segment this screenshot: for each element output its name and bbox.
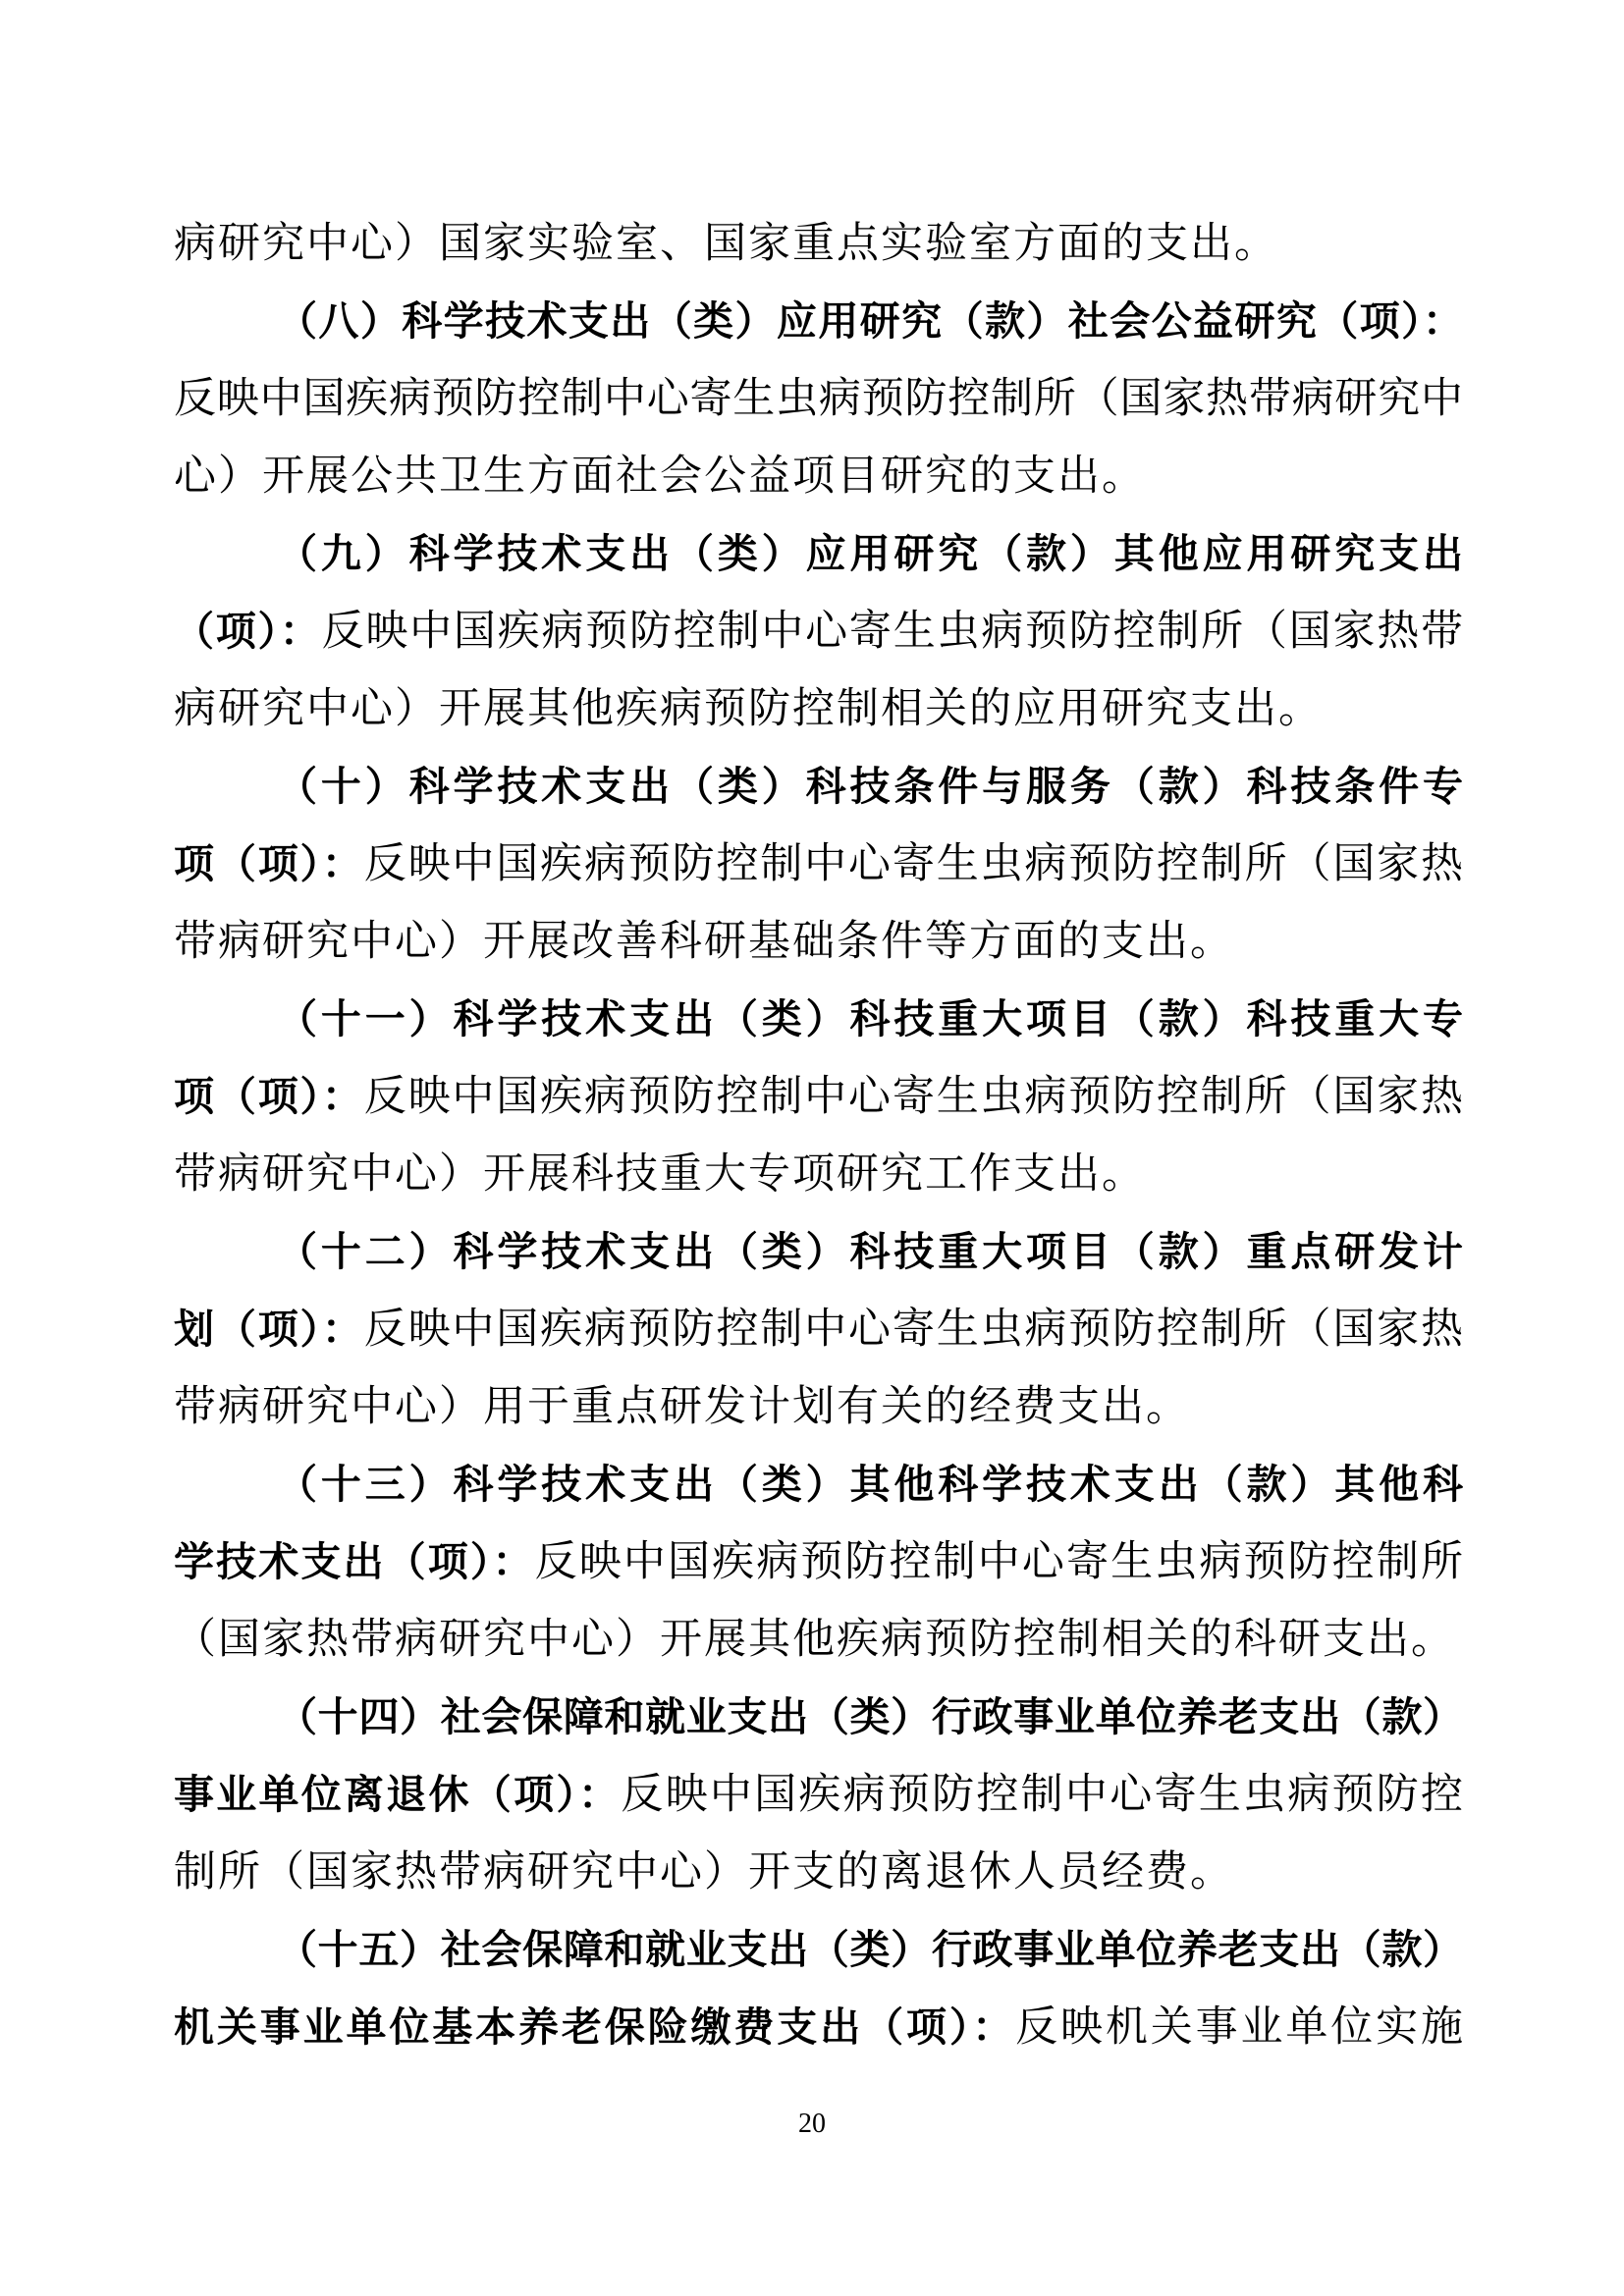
body-segment: 反映中国疾病预防控制中心寄生虫病预防控制所（国家热: [364, 1074, 1463, 1120]
text-line: 反映中国疾病预防控制中心寄生虫病预防控制所（国家热带病研究中: [174, 360, 1463, 438]
text-line: （国家热带病研究中心）开展其他疾病预防控制相关的科研支出。: [174, 1601, 1463, 1679]
heading-segment: （十）科学技术支出（类）科技条件与服务（款）科技条件专: [277, 764, 1463, 809]
text-line: 项（项）：反映中国疾病预防控制中心寄生虫病预防控制所（国家热: [174, 826, 1463, 903]
text-line: （十一）科学技术支出（类）科技重大项目（款）科技重大专: [174, 981, 1463, 1058]
body-segment: 反映机关事业单位实施: [1015, 2004, 1463, 2051]
text-line: （十）科学技术支出（类）科技条件与服务（款）科技条件专: [174, 748, 1463, 826]
body-segment: 病研究中心）国家实验室、国家重点实验室方面的支出。: [174, 221, 1278, 267]
body-segment: 反映中国疾病预防控制中心寄生虫病预防控: [621, 1772, 1463, 1818]
heading-segment: （项）：: [174, 609, 322, 654]
heading-segment: 项（项）：: [174, 841, 364, 886]
text-line: 心）开展公共卫生方面社会公益项目研究的支出。: [174, 438, 1463, 515]
text-line: （项）：反映中国疾病预防控制中心寄生虫病预防控制所（国家热带: [174, 593, 1463, 670]
text-line: 病研究中心）国家实验室、国家重点实验室方面的支出。: [174, 205, 1463, 283]
text-line: 事业单位离退休（项）：反映中国疾病预防控制中心寄生虫病预防控: [174, 1756, 1463, 1834]
body-segment: 反映中国疾病预防控制中心寄生虫病预防控制所（国家热: [364, 1307, 1463, 1353]
text-line: 带病研究中心）开展改善科研基础条件等方面的支出。: [174, 903, 1463, 981]
text-line: 带病研究中心）用于重点研发计划有关的经费支出。: [174, 1368, 1463, 1446]
heading-segment: 机关事业单位基本养老保险缴费支出（项）：: [174, 2004, 1015, 2050]
heading-segment: （九）科学技术支出（类）应用研究（款）其他应用研究支出: [277, 531, 1463, 576]
text-line: （九）科学技术支出（类）应用研究（款）其他应用研究支出: [174, 515, 1463, 593]
body-segment: 带病研究中心）开展科技重大专项研究工作支出。: [174, 1151, 1146, 1198]
body-segment: 心）开展公共卫生方面社会公益项目研究的支出。: [174, 454, 1146, 500]
text-line: （十四）社会保障和就业支出（类）行政事业单位养老支出（款）: [174, 1679, 1463, 1756]
heading-segment: （八）科学技术支出（类）应用研究（款）社会公益研究（项）：: [277, 298, 1463, 344]
body-segment: 制所（国家热带病研究中心）开支的离退休人员经费。: [174, 1849, 1234, 1896]
heading-segment: （十五）社会保障和就业支出（类）行政事业单位养老支出（款）: [277, 1927, 1463, 1972]
document-body: 病研究中心）国家实验室、国家重点实验室方面的支出。 （八）科学技术支出（类）应用…: [174, 205, 1463, 2066]
text-line: 病研究中心）开展其他疾病预防控制相关的应用研究支出。: [174, 670, 1463, 748]
heading-segment: （十二）科学技术支出（类）科技重大项目（款）重点研发计: [277, 1229, 1463, 1274]
text-line: 制所（国家热带病研究中心）开支的离退休人员经费。: [174, 1834, 1463, 1911]
text-line: 带病研究中心）开展科技重大专项研究工作支出。: [174, 1136, 1463, 1213]
text-line: （十五）社会保障和就业支出（类）行政事业单位养老支出（款）: [174, 1911, 1463, 1989]
body-segment: 反映中国疾病预防控制中心寄生虫病预防控制所（国家热: [364, 841, 1463, 887]
text-line: 学技术支出（项）：反映中国疾病预防控制中心寄生虫病预防控制所: [174, 1523, 1463, 1601]
heading-segment: 项（项）：: [174, 1074, 364, 1119]
body-segment: 带病研究中心）用于重点研发计划有关的经费支出。: [174, 1384, 1190, 1430]
heading-segment: 事业单位离退休（项）：: [174, 1772, 621, 1817]
text-line: （十二）科学技术支出（类）科技重大项目（款）重点研发计: [174, 1213, 1463, 1291]
body-segment: 反映中国疾病预防控制中心寄生虫病预防控制所: [535, 1539, 1463, 1585]
text-line: 划（项）：反映中国疾病预防控制中心寄生虫病预防控制所（国家热: [174, 1291, 1463, 1368]
body-segment: 反映中国疾病预防控制中心寄生虫病预防控制所（国家热带病研究中: [174, 376, 1463, 422]
body-segment: 带病研究中心）开展改善科研基础条件等方面的支出。: [174, 919, 1234, 965]
heading-segment: 学技术支出（项）：: [174, 1539, 535, 1584]
text-line: （十三）科学技术支出（类）其他科学技术支出（款）其他科: [174, 1446, 1463, 1523]
heading-segment: （十一）科学技术支出（类）科技重大项目（款）科技重大专: [277, 996, 1463, 1041]
body-segment: 病研究中心）开展其他疾病预防控制相关的应用研究支出。: [174, 686, 1323, 732]
text-line: 项（项）：反映中国疾病预防控制中心寄生虫病预防控制所（国家热: [174, 1058, 1463, 1136]
heading-segment: 划（项）：: [174, 1307, 364, 1352]
heading-segment: （十三）科学技术支出（类）其他科学技术支出（款）其他科: [277, 1462, 1463, 1507]
body-segment: （国家热带病研究中心）开展其他疾病预防控制相关的科研支出。: [174, 1617, 1455, 1663]
text-line: 机关事业单位基本养老保险缴费支出（项）：反映机关事业单位实施: [174, 1989, 1463, 2066]
document-page: { "page": { "background_color": "#ffffff…: [0, 0, 1624, 2296]
heading-segment: （十四）社会保障和就业支出（类）行政事业单位养老支出（款）: [277, 1694, 1463, 1739]
text-line: （八）科学技术支出（类）应用研究（款）社会公益研究（项）：: [174, 283, 1463, 360]
body-segment: 反映中国疾病预防控制中心寄生虫病预防控制所（国家热带: [322, 609, 1463, 655]
page-number: 20: [0, 2109, 1624, 2140]
